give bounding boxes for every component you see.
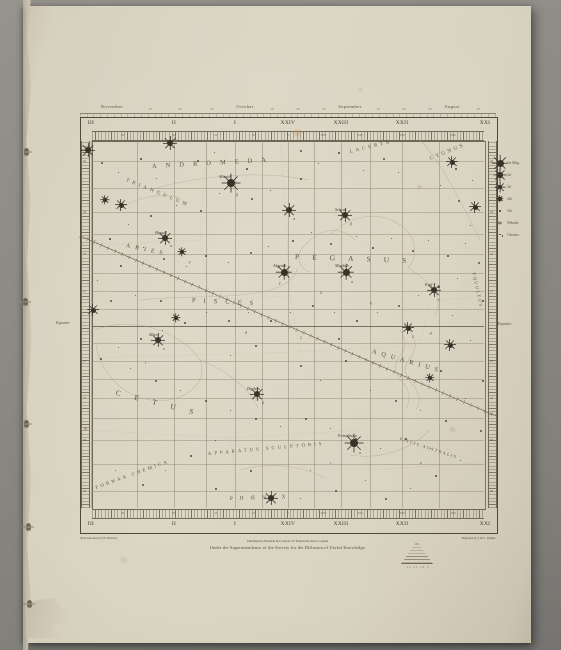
bright-star-markab [343,269,350,276]
grid-parallel [92,309,484,310]
day-label: 20 [402,107,405,111]
dec-degree-right: 20 [490,396,493,400]
dec-degree-left: 40 [83,489,86,493]
grid-parallel [92,418,484,419]
bright-star [180,250,184,254]
day-label: 30 [428,107,431,111]
dec-degree-left: 10 [83,359,86,363]
field-star [447,255,449,257]
field-star [300,178,302,180]
bright-star [473,205,478,210]
field-star [445,420,447,422]
grid-meridian [91,141,92,508]
star-name-label: Algenib [273,263,286,268]
grid-parallel [92,440,484,441]
month-label: October [236,104,254,109]
hour-label-top: XXI [480,120,490,126]
hour-label-bottom: I [234,521,236,527]
star-name-label: Diphda [247,386,260,391]
day-label: 20 [178,107,181,111]
grid-meridian [341,141,342,508]
greek-letter-label: α [170,243,172,248]
dec-degree-left: 20 [83,396,86,400]
field-star [338,152,340,154]
greek-letter-label: β [236,192,238,197]
society-line: Under the Superintendence of the Society… [210,545,367,550]
day-label: 10 [376,107,379,111]
month-label: September [338,104,361,109]
ra-degree-bottom: 330 [399,511,404,515]
graduated-band-left [81,141,90,508]
bright-star-mira [155,337,161,343]
dec-degree-right: 40 [490,489,493,493]
dec-degree-right: 10 [490,359,493,363]
dec-degree-left: 10 [83,289,86,293]
dec-degree-right: 30 [490,438,493,442]
credit-right: Engraved by J. & C. Walker. [462,536,496,540]
field-star [455,168,457,170]
equator-label-left: Equator [56,320,69,325]
greek-letter-label: κ [420,460,422,465]
ra-degree-bottom: 350 [320,511,325,515]
day-label: 20 [296,107,299,111]
bright-star-diphda [254,391,260,397]
greek-letter-label: θ [245,330,247,335]
legend-label: 4th [507,197,512,201]
hour-label-top: III [88,120,94,126]
publisher-line: Published by Baldwin & Cradock, 47 Pater… [247,539,329,543]
ra-degree-top: 40 [121,133,124,137]
field-star [140,158,142,160]
scale-pyramid-numbers: 20 15 10 5 [399,565,437,569]
grid-meridian [174,141,175,508]
field-star [100,358,102,360]
star-name-label: Hamal [155,230,167,235]
field-star [345,360,347,362]
bright-star-scheat [342,212,348,218]
star-name-label: Scheat [335,207,346,212]
field-star [440,370,442,372]
bright-star-hamal [162,235,168,241]
hour-label-bottom: XXI [480,521,490,527]
grid-parallel [92,161,484,162]
legend-label: 3d [507,185,511,189]
bright-star [448,343,453,348]
equator-label-right: Equator [498,321,511,326]
cluster-dot [499,234,500,235]
grid-parallel [92,491,484,492]
legend-label: 2d [507,173,511,177]
binding-stitch [24,420,29,429]
bright-star-mirach [227,179,235,187]
dec-degree-left: 30 [83,438,86,442]
field-star [250,470,252,472]
hour-label-bottom: XXIV [281,521,296,527]
legend-glyph-2d [497,172,503,178]
field-star [200,210,202,212]
legend-label: 1st Mag. [507,161,520,165]
ra-degree-bottom: 30 [172,511,175,515]
legend-glyph-3d [498,185,503,190]
field-star [205,255,207,257]
dec-degree-left: 40 [83,159,86,163]
bright-star [428,376,432,380]
field-star [438,286,440,288]
ra-degree-top: 320 [450,133,455,137]
ra-degree-top: 10 [251,133,254,137]
greek-letter-label: τ [145,360,146,365]
field-star [405,438,407,440]
greek-letter-label: μ [430,330,432,335]
greek-letter-label: η [370,300,372,305]
hour-label-top: I [234,120,236,126]
greek-letter-label: ζ [300,335,302,340]
legend-glyph-clusters [497,234,503,237]
dec-degree-right: 30 [490,210,493,214]
legend-label: 5th [507,209,512,213]
grid-meridian [314,141,315,508]
greek-letter-label: ι [330,460,331,465]
bright-star [286,207,292,213]
day-label: 10 [270,107,273,111]
field-star [435,475,437,477]
field-star [292,240,294,242]
field-star [215,488,217,490]
legend-glyph-4th [498,197,501,200]
field-star [255,345,257,347]
greek-letter-label: α [351,279,353,284]
hour-label-top: XXIV [281,120,296,126]
binding-stitch [27,600,32,609]
ra-degree-bottom: 10 [251,511,254,515]
dec-degree-left: 30 [83,210,86,214]
star-name-label: Mirach [219,174,232,179]
greek-letter-label: λ [412,334,414,339]
ra-degree-top: 340 [357,133,362,137]
bright-star [450,160,455,165]
ra-degree-top: 0 [287,133,289,137]
hour-label-bottom: XXII [396,521,409,527]
credit-left: Stars laid down by W. Newton. [80,536,117,540]
star-name-label: Enif [425,282,432,287]
greek-letter-label: γ [279,280,281,285]
greek-letter-label: α [359,450,361,455]
day-label: 10 [148,107,151,111]
bright-star [167,140,173,146]
field-star [372,247,374,249]
star-name-label: Markab [335,263,349,268]
photograph-of-atlas-page: IIIIIIIIIIIIXXIVXXIVXXIIIXXIIIXXIIXXIIXX… [0,0,561,650]
legend-label: Nebulæ [507,221,518,225]
star-name-label: Fomalhaut [338,433,357,438]
ra-degree-bottom: 340 [357,511,362,515]
star-name-label: Mira [149,332,158,337]
month-label: August [444,104,460,109]
field-star [120,265,122,267]
dec-degree-right: 20 [490,252,493,256]
grid-meridian [262,141,263,508]
field-star [190,455,192,457]
binding-stitch [26,523,31,532]
bright-star [268,495,274,501]
grid-meridian [206,141,207,508]
ra-degree-bottom: 40 [121,511,124,515]
greek-letter-label: ε [438,297,440,302]
hour-label-top: XXIII [334,120,349,126]
bright-star [406,326,411,331]
grid-parallel [92,361,484,362]
hour-label-bottom: III [88,521,94,527]
field-star [356,320,358,322]
field-star [305,418,307,420]
cluster-dot [497,235,498,236]
field-star [205,400,207,402]
hour-label-bottom: II [172,521,176,527]
grid-meridian [370,141,371,508]
bright-star [119,203,124,208]
field-star [109,238,111,240]
hour-label-top: II [172,120,176,126]
grid-meridian [485,141,486,508]
cluster-dot [502,235,503,236]
ra-degree-bottom: 320 [450,511,455,515]
dec-degree-left: 20 [83,252,86,256]
bright-star [174,316,178,320]
grid-parallel [92,234,484,235]
field-star [482,300,484,302]
ra-degree-bottom: 0 [287,511,289,515]
bright-star-enif [431,287,437,293]
day-label: 30 [322,107,325,111]
greek-letter-label: α [293,216,295,221]
day-label: 10 [476,107,479,111]
bright-star [85,147,91,153]
hour-label-bottom: XXIII [334,521,349,527]
bright-star [103,198,107,202]
greek-letter-label: β [262,400,264,405]
greek-letter-label: β [350,221,352,226]
greek-letter-label: ο [163,346,165,351]
binding-stitch [24,148,29,157]
binding-stitch [23,298,28,307]
bright-star [91,308,96,313]
bright-star-fomalhaut [350,439,358,447]
ra-degree-bottom: 20 [214,511,217,515]
ra-degree-top: 330 [399,133,404,137]
greek-letter-label: δ [320,290,322,295]
grid-meridian [137,141,138,508]
ra-degree-top: 20 [214,133,217,137]
dec-degree-right: 10 [490,289,493,293]
ra-degree-top: 350 [320,133,325,137]
field-star [246,168,248,170]
field-star [184,322,186,324]
greek-letter-label: γ [189,259,191,264]
day-label: 30 [210,107,213,111]
hour-label-top: XXII [396,120,409,126]
month-label: November [101,104,124,109]
bright-star-algenib [281,269,288,276]
field-star [270,320,272,322]
legend-label: Clusters [507,233,519,237]
